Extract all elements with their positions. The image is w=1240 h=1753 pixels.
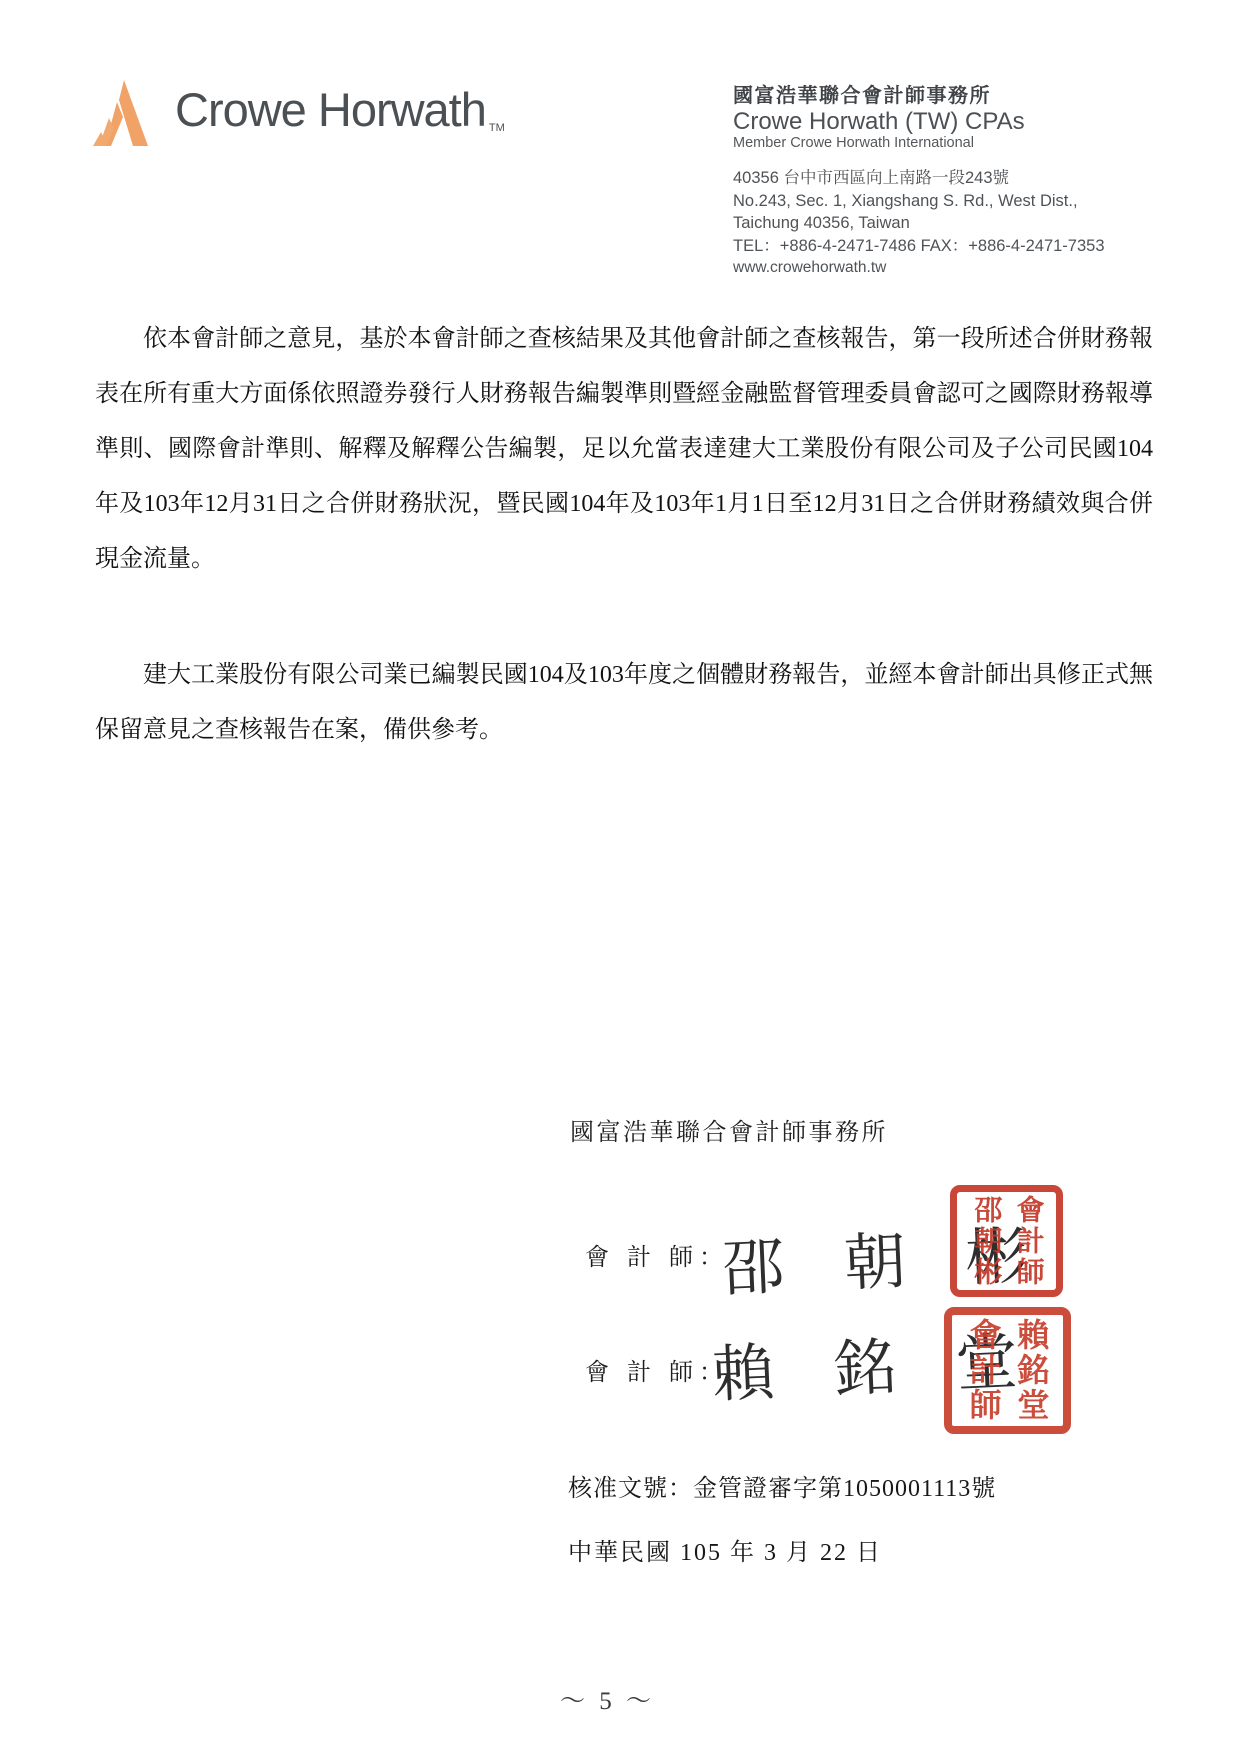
page-number: ～ 5 ～ bbox=[560, 1681, 655, 1717]
cpa-label-1: 會 計 師： bbox=[585, 1237, 729, 1272]
trademark-symbol: TM bbox=[489, 122, 505, 140]
brand-logo: Crowe Horwath TM bbox=[85, 78, 505, 148]
report-body: 依本會計師之意見，基於本會計師之查核結果及其他會計師之查核報告，第一段所述合併財… bbox=[95, 312, 1153, 758]
address-en-line2: Taichung 40356, Taiwan bbox=[733, 212, 1105, 235]
signature-firm-name: 國富浩華聯合會計師事務所 bbox=[570, 1112, 888, 1147]
opinion-paragraph: 依本會計師之意見，基於本會計師之查核結果及其他會計師之查核報告，第一段所述合併財… bbox=[95, 312, 1153, 587]
address-en-line1: No.243, Sec. 1, Xiangshang S. Rd., West … bbox=[733, 190, 1105, 213]
cpa-label-2: 會 計 師： bbox=[585, 1352, 729, 1387]
brand-name: Crowe Horwath bbox=[175, 80, 486, 140]
firm-name-en: Crowe Horwath (TW) CPAs bbox=[733, 108, 1105, 135]
audit-report-page: Crowe Horwath TM 國富浩華聯合會計師事務所 Crowe Horw… bbox=[0, 0, 1240, 1753]
address-zh: 40356 台中市西區向上南路一段243號 bbox=[733, 167, 1105, 190]
firm-name-zh: 國富浩華聯合會計師事務所 bbox=[733, 84, 1105, 108]
seal-column-right: 會計師 bbox=[1014, 1195, 1042, 1288]
tel-fax-line: TEL：+886-4-2471-7486 FAX：+886-4-2471-735… bbox=[733, 235, 1105, 258]
seal-column-left: 會計師 bbox=[968, 1318, 1000, 1423]
report-date-line: 中華民國 105 年 3 月 22 日 bbox=[568, 1532, 882, 1567]
reference-paragraph: 建大工業股份有限公司業已編製民國104及103年度之個體財務報告，並經本會計師出… bbox=[95, 648, 1153, 758]
crowe-peak-icon bbox=[85, 78, 149, 148]
firm-info-block: 國富浩華聯合會計師事務所 Crowe Horwath (TW) CPAs Mem… bbox=[733, 84, 1105, 278]
cpa-seal-lai: 賴銘堂 會計師 bbox=[944, 1307, 1071, 1434]
cpa-seal-shao: 會計師 邵朝彬 bbox=[950, 1185, 1063, 1297]
spacer bbox=[733, 152, 1105, 167]
approval-number-line: 核准文號：金管證審字第1050001113號 bbox=[568, 1468, 996, 1503]
website-url: www.crowehorwath.tw bbox=[733, 257, 1105, 278]
seal-column-left: 邵朝彬 bbox=[971, 1195, 999, 1288]
seal-column-right: 賴銘堂 bbox=[1015, 1318, 1047, 1423]
firm-membership: Member Crowe Horwath International bbox=[733, 135, 1105, 152]
